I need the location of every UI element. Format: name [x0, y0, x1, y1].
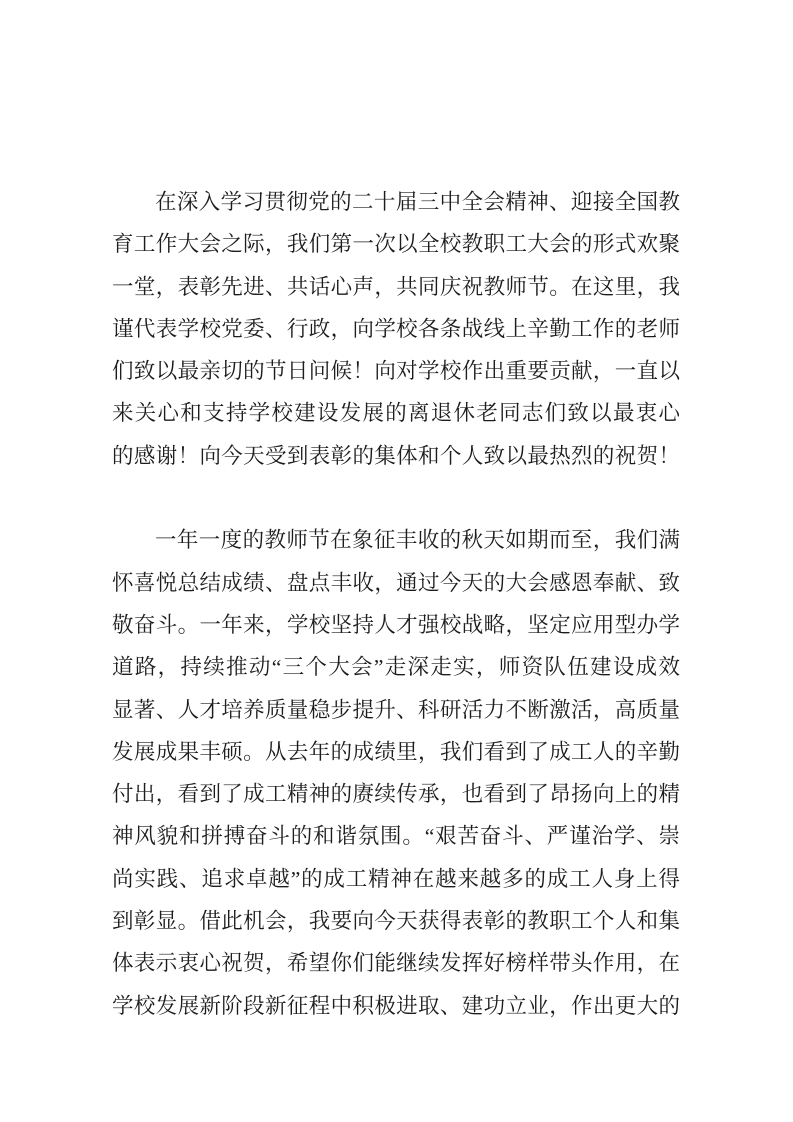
page-background: { "page": { "background_color": "#ffffff…	[0, 0, 793, 1122]
text-line: 到彰显。借此机会，我要向今天获得表彰的教职工个人和集	[112, 900, 680, 942]
text-line: 显著、人才培养质量稳步提升、科研活力不断激活，高质量	[112, 689, 680, 731]
text-line: 谨代表学校党委、行政，向学校各条战线上辛勤工作的老师	[112, 308, 680, 350]
text-line: 体表示衷心祝贺，希望你们能继续发挥好榜样带头作用，在	[112, 942, 680, 984]
paragraph-review: 一年一度的教师节在象征丰收的秋天如期而至，我们满 怀喜悦总结成绩、盘点丰收，通过…	[112, 519, 680, 1027]
text-line: 在深入学习贯彻党的二十届三中全会精神、迎接全国教	[112, 181, 680, 223]
text-line: 来关心和支持学校建设发展的离退休老同志们致以最衷心	[112, 392, 680, 434]
text-line: 道路，持续推动“三个大会”走深走实，师资队伍建设成效	[112, 646, 680, 688]
text-line: 的感谢！向今天受到表彰的集体和个人致以最热烈的祝贺！	[112, 435, 680, 477]
text-line: 神风貌和拼搏奋斗的和谐氛围。“艰苦奋斗、严谨治学、崇	[112, 815, 680, 857]
text-line: 一堂，表彰先进、共话心声，共同庆祝教师节。在这里，我	[112, 266, 680, 308]
text-line: 发展成果丰硕。从去年的成绩里，我们看到了成工人的辛勤	[112, 731, 680, 773]
document-body: 在深入学习贯彻党的二十届三中全会精神、迎接全国教 育工作大会之际，我们第一次以全…	[112, 181, 680, 1027]
text-line: 育工作大会之际，我们第一次以全校教职工大会的形式欢聚	[112, 223, 680, 265]
paragraph-greeting: 在深入学习贯彻党的二十届三中全会精神、迎接全国教 育工作大会之际，我们第一次以全…	[112, 181, 680, 477]
text-line: 们致以最亲切的节日问候！向对学校作出重要贡献，一直以	[112, 350, 680, 392]
text-line: 尚实践、追求卓越”的成工精神在越来越多的成工人身上得	[112, 858, 680, 900]
text-line: 敬奋斗。一年来，学校坚持人才强校战略，坚定应用型办学	[112, 604, 680, 646]
document-page: 在深入学习贯彻党的二十届三中全会精神、迎接全国教 育工作大会之际，我们第一次以全…	[0, 0, 793, 1122]
text-line: 怀喜悦总结成绩、盘点丰收，通过今天的大会感恩奉献、致	[112, 562, 680, 604]
text-line: 付出，看到了成工精神的赓续传承，也看到了昂扬向上的精	[112, 773, 680, 815]
text-line: 一年一度的教师节在象征丰收的秋天如期而至，我们满	[112, 519, 680, 561]
text-line: 学校发展新阶段新征程中积极进取、建功立业，作出更大的	[112, 985, 680, 1027]
